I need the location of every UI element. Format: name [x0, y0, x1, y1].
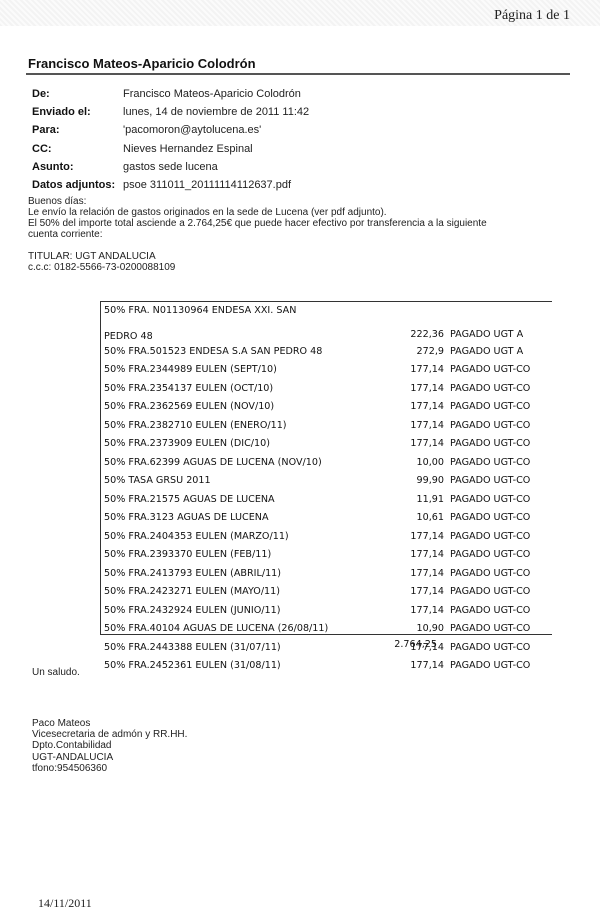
row-status: PAGADO UGT-CO: [444, 549, 530, 560]
row-status: PAGADO UGT-CO: [444, 531, 530, 542]
signature-role: Vicesecretaria de admón y RR.HH.: [32, 729, 187, 740]
row-status: PAGADO UGT-CO: [444, 642, 530, 653]
table-row: 50% FRA.2423271 EULEN (MAYO/11)177,14PAG…: [104, 583, 552, 602]
signature-name: Paco Mateos: [32, 718, 187, 729]
row-amount: 177,14: [394, 438, 444, 449]
table-top-border: [100, 301, 552, 302]
row-amount: 272,9: [394, 346, 444, 357]
row-description: 50% FRA.2393370 EULEN (FEB/11): [104, 549, 394, 560]
body-line: Le envío la relación de gastos originado…: [28, 207, 568, 218]
row-status: PAGADO UGT-CO: [444, 364, 530, 375]
description-text: 50% FRA.2354137 EULEN (OCT/10): [104, 383, 273, 394]
table-row: 50% TASA GRSU 201199,90PAGADO UGT-CO: [104, 472, 552, 491]
header-label: CC:: [32, 143, 123, 155]
row-status: PAGADO UGT-CO: [444, 623, 530, 634]
row-description: 50% FRA.2362569 EULEN (NOV/10): [104, 401, 394, 412]
header-value: Francisco Mateos-Aparicio Colodrón: [123, 88, 301, 100]
row-amount: 99,90: [394, 475, 444, 486]
row-status: PAGADO UGT-CO: [444, 605, 530, 616]
description-text: 50% FRA.2373909 EULEN (DIC/10): [104, 438, 270, 449]
row-amount: 177,14: [394, 660, 444, 671]
footer-date: 14/11/2011: [38, 896, 92, 911]
table-row: 50% FRA.2354137 EULEN (OCT/10)177,14PAGA…: [104, 379, 552, 398]
row-status: PAGADO UGT-CO: [444, 512, 530, 523]
row-description: 50% FRA.40104 AGUAS DE LUCENA (26/08/11): [104, 623, 394, 634]
description-text: 50% FRA.2362569 EULEN (NOV/10): [104, 401, 274, 412]
description-text: 50% FRA.2413793 EULEN (ABRIL/11): [104, 568, 281, 579]
row-description: 50% FRA.2344989 EULEN (SEPT/10): [104, 364, 394, 375]
description-text: 50% FRA.2344989 EULEN (SEPT/10): [104, 364, 277, 375]
row-amount: 177,14: [394, 401, 444, 412]
signature: Paco Mateos Vicesecretaria de admón y RR…: [32, 718, 187, 774]
row-description: 50% FRA.2404353 EULEN (MARZO/11): [104, 531, 394, 542]
description-text: 50% FRA.2452361 EULEN (31/08/11): [104, 660, 281, 671]
body-line: El 50% del importe total asciende a 2.76…: [28, 218, 568, 229]
header-value: Nieves Hernandez Espinal: [123, 143, 253, 155]
header-value: psoe 311011_20111114112637.pdf: [123, 179, 291, 191]
greeting: Buenos días:: [28, 196, 568, 207]
row-description: 50% FRA.62399 AGUAS DE LUCENA (NOV/10): [104, 457, 394, 468]
row-description: 50% FRA.2382710 EULEN (ENERO/11): [104, 420, 394, 431]
body-line: cuenta corriente:: [28, 229, 568, 240]
row-description: 50% FRA.2423271 EULEN (MAYO/11): [104, 586, 394, 597]
email-body: Buenos días: Le envío la relación de gas…: [28, 196, 568, 273]
description-text: 50% FRA.21575 AGUAS DE LUCENA: [104, 494, 275, 505]
row-description: 50% FRA. N01130964 ENDESA XXI. SANPEDRO …: [104, 305, 394, 342]
description-text: 50% FRA. N01130964 ENDESA XXI. SAN: [104, 305, 394, 316]
row-amount: 10,90: [394, 623, 444, 634]
table-row: 50% FRA.2443388 EULEN (31/07/11)177,14PA…: [104, 638, 552, 657]
row-description: 50% FRA.501523 ENDESA S.A SAN PEDRO 48: [104, 346, 394, 357]
row-status: PAGADO UGT-CO: [444, 494, 530, 505]
signature-phone: tfono:954506360: [32, 763, 187, 774]
header-cc: CC: Nieves Hernandez Espinal: [32, 140, 309, 158]
page-indicator: Página 1 de 1: [494, 8, 570, 24]
table-row: 50% FRA.3123 AGUAS DE LUCENA10,61PAGADO …: [104, 509, 552, 528]
row-amount: 177,14: [394, 364, 444, 375]
table-row: 50% FRA.2393370 EULEN (FEB/11)177,14PAGA…: [104, 546, 552, 565]
description-text: 50% FRA.2443388 EULEN (31/07/11): [104, 642, 281, 653]
row-amount: 177,14: [394, 549, 444, 560]
header-label: Asunto:: [32, 161, 123, 173]
table-row: 50% FRA.2382710 EULEN (ENERO/11)177,14PA…: [104, 416, 552, 435]
table-row: 50% FRA. N01130964 ENDESA XXI. SANPEDRO …: [104, 305, 552, 342]
invoice-rows: 50% FRA. N01130964 ENDESA XXI. SANPEDRO …: [104, 305, 552, 675]
description-text: 50% FRA.3123 AGUAS DE LUCENA: [104, 512, 269, 523]
row-status: PAGADO UGT-CO: [444, 420, 530, 431]
table-row: 50% FRA.2404353 EULEN (MARZO/11)177,14PA…: [104, 527, 552, 546]
row-description: 50% FRA.2354137 EULEN (OCT/10): [104, 383, 394, 394]
row-status: PAGADO UGT-CO: [444, 568, 530, 579]
header-attachments: Datos adjuntos: psoe 311011_201111141126…: [32, 176, 309, 194]
table-row: 50% FRA.2432924 EULEN (JUNIO/11)177,14PA…: [104, 601, 552, 620]
account-number: c.c.c: 0182-5566-73-0200088109: [28, 262, 568, 273]
invoice-total: 2.764,25: [383, 639, 437, 650]
header-value: 'pacomoron@aytolucena.es': [123, 124, 261, 136]
row-status: PAGADO UGT A: [444, 329, 523, 342]
row-description: 50% FRA.21575 AGUAS DE LUCENA: [104, 494, 394, 505]
row-amount: 177,14: [394, 383, 444, 394]
row-status: PAGADO UGT-CO: [444, 438, 530, 449]
row-status: PAGADO UGT-CO: [444, 475, 530, 486]
table-row: 50% FRA.40104 AGUAS DE LUCENA (26/08/11)…: [104, 620, 552, 639]
row-description: 50% FRA.2413793 EULEN (ABRIL/11): [104, 568, 394, 579]
header-to: Para: 'pacomoron@aytolucena.es': [32, 121, 309, 139]
row-amount: 177,14: [394, 568, 444, 579]
row-status: PAGADO UGT-CO: [444, 660, 530, 671]
title-divider: [26, 73, 570, 75]
header-label: De:: [32, 88, 123, 100]
row-status: PAGADO UGT-CO: [444, 401, 530, 412]
table-row: 50% FRA.2413793 EULEN (ABRIL/11)177,14PA…: [104, 564, 552, 583]
row-amount: 10,00: [394, 457, 444, 468]
table-row: 50% FRA.501523 ENDESA S.A SAN PEDRO 4827…: [104, 342, 552, 361]
table-row: 50% FRA.2452361 EULEN (31/08/11)177,14PA…: [104, 657, 552, 676]
header-label: Datos adjuntos:: [32, 179, 123, 191]
row-status: PAGADO UGT A: [444, 346, 523, 357]
table-row: 50% FRA.2373909 EULEN (DIC/10)177,14PAGA…: [104, 435, 552, 454]
description-text-continued: PEDRO 48: [104, 331, 394, 342]
row-description: 50% FRA.2443388 EULEN (31/07/11): [104, 642, 394, 653]
description-text: 50% FRA.2382710 EULEN (ENERO/11): [104, 420, 287, 431]
email-headers: De: Francisco Mateos-Aparicio Colodrón E…: [32, 85, 309, 194]
row-amount: 177,14: [394, 531, 444, 542]
description-text: 50% TASA GRSU 2011: [104, 475, 211, 486]
description-text: 50% FRA.2423271 EULEN (MAYO/11): [104, 586, 280, 597]
email-sender-title: Francisco Mateos-Aparicio Colodrón: [28, 56, 256, 71]
description-text: 50% FRA.40104 AGUAS DE LUCENA (26/08/11): [104, 623, 328, 634]
description-text: 50% FRA.62399 AGUAS DE LUCENA (NOV/10): [104, 457, 322, 468]
row-description: 50% FRA.3123 AGUAS DE LUCENA: [104, 512, 394, 523]
table-row: 50% FRA.21575 AGUAS DE LUCENA11,91PAGADO…: [104, 490, 552, 509]
row-status: PAGADO UGT-CO: [444, 383, 530, 394]
header-label: Para:: [32, 124, 123, 136]
row-amount: 177,14: [394, 605, 444, 616]
header-subject: Asunto: gastos sede lucena: [32, 158, 309, 176]
signature-organization: UGT-ANDALUCIA: [32, 752, 187, 763]
header-value: gastos sede lucena: [123, 161, 218, 173]
row-status: PAGADO UGT-CO: [444, 457, 530, 468]
row-amount: 177,14: [394, 420, 444, 431]
table-left-border: [100, 301, 101, 634]
row-description: 50% FRA.2452361 EULEN (31/08/11): [104, 660, 394, 671]
row-amount: 10,61: [394, 512, 444, 523]
header-value: lunes, 14 de noviembre de 2011 11:42: [123, 106, 309, 118]
header-label: Enviado el:: [32, 106, 123, 118]
description-text: 50% FRA.2404353 EULEN (MARZO/11): [104, 531, 289, 542]
row-description: 50% FRA.2432924 EULEN (JUNIO/11): [104, 605, 394, 616]
account-holder: TITULAR: UGT ANDALUCIA: [28, 251, 568, 262]
row-amount: 222,36: [394, 329, 444, 342]
row-amount: 177,14: [394, 586, 444, 597]
row-status: PAGADO UGT-CO: [444, 586, 530, 597]
table-row: 50% FRA.62399 AGUAS DE LUCENA (NOV/10)10…: [104, 453, 552, 472]
signature-department: Dpto.Contabilidad: [32, 740, 187, 751]
row-description: 50% TASA GRSU 2011: [104, 475, 394, 486]
row-amount: 11,91: [394, 494, 444, 505]
closing: Un saludo.: [32, 667, 80, 678]
header-from: De: Francisco Mateos-Aparicio Colodrón: [32, 85, 309, 103]
row-description: 50% FRA.2373909 EULEN (DIC/10): [104, 438, 394, 449]
table-row: 50% FRA.2344989 EULEN (SEPT/10)177,14PAG…: [104, 361, 552, 380]
description-text: 50% FRA.2432924 EULEN (JUNIO/11): [104, 605, 280, 616]
header-sent: Enviado el: lunes, 14 de noviembre de 20…: [32, 103, 309, 121]
description-text: 50% FRA.501523 ENDESA S.A SAN PEDRO 48: [104, 346, 322, 357]
table-row: 50% FRA.2362569 EULEN (NOV/10)177,14PAGA…: [104, 398, 552, 417]
description-text: 50% FRA.2393370 EULEN (FEB/11): [104, 549, 271, 560]
